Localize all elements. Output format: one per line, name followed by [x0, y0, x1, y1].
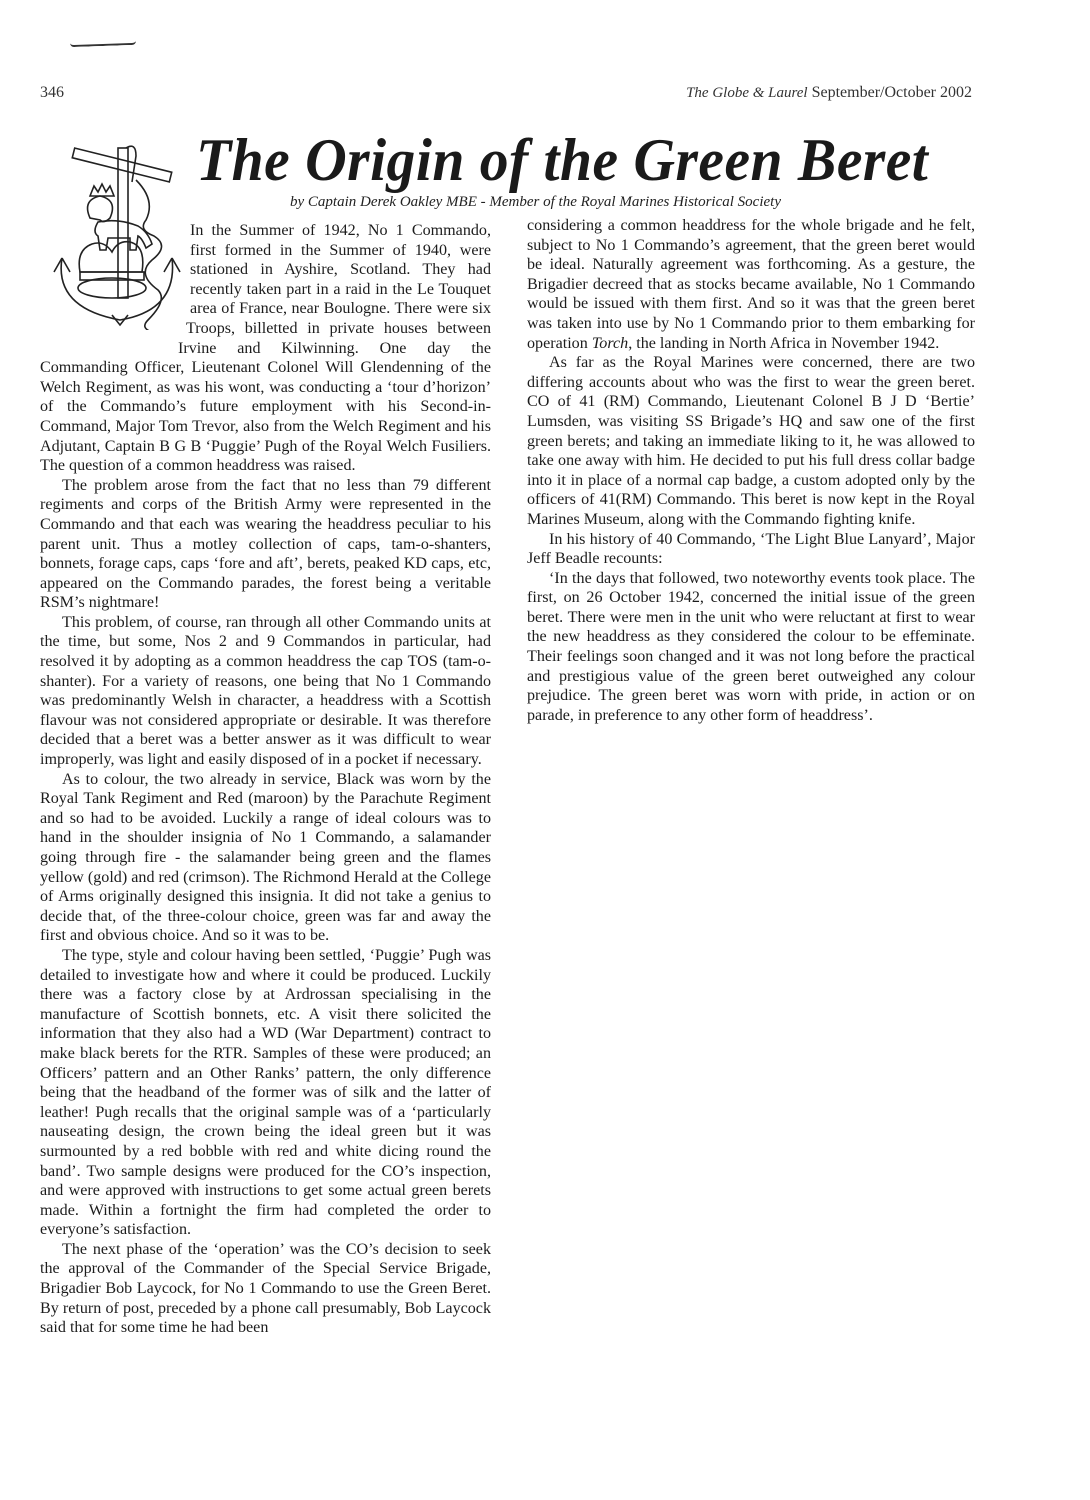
article-paragraph: As to colour, the two already in service…: [40, 770, 491, 946]
article-paragraph: As far as the Royal Marines were concern…: [527, 353, 975, 529]
article-paragraph: considering a common headdress for the w…: [527, 216, 975, 353]
article-title: The Origin of the Green Beret: [196, 120, 945, 200]
article-byline: by Captain Derek Oakley MBE - Member of …: [290, 194, 781, 211]
operation-name: Torch: [592, 335, 628, 352]
article-paragraph: The next phase of the ‘operation’ was th…: [40, 1240, 491, 1338]
article-paragraph: The problem arose from the fact that no …: [40, 476, 491, 613]
article-paragraph: In his history of 40 Commando, ‘The Ligh…: [527, 530, 975, 569]
scan-mark: [70, 39, 136, 47]
article-right-column: considering a common headdress for the w…: [527, 216, 975, 725]
paragraph-text: , the landing in North Africa in Novembe…: [628, 335, 939, 352]
page-number: 346: [40, 84, 64, 102]
publication-info: The Globe & Laurel September/October 200…: [686, 84, 972, 102]
paragraph-text: considering a common headdress for the w…: [527, 217, 975, 352]
magazine-name: The Globe & Laurel: [686, 85, 808, 101]
article-left-column: In the Summer of 1942, No 1 Commando, fi…: [40, 221, 491, 1338]
article-paragraph: The type, style and colour having been s…: [40, 946, 491, 1240]
article-paragraph: This problem, of course, ran through all…: [40, 613, 491, 770]
page-header: 346 The Globe & Laurel September/October…: [40, 84, 972, 108]
quoted-paragraph: ‘In the days that followed, two notewort…: [527, 569, 975, 726]
issue-date: September/October 2002: [812, 84, 972, 101]
